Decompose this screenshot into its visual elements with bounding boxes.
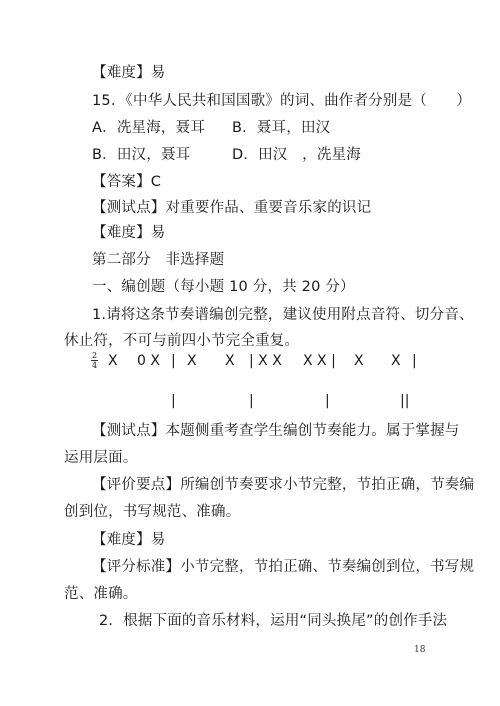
rhythm-symbol: X — [108, 353, 118, 369]
time-signature: 2 4 — [91, 352, 98, 370]
option-d: D．田汉 ，冼星海 — [232, 146, 361, 164]
rhythm-symbol: X X | — [303, 353, 336, 369]
difficulty: 【难度】易 — [92, 224, 166, 242]
rhythm-symbol: | — [325, 393, 330, 409]
time-sig-denominator: 4 — [91, 361, 98, 370]
rhythm-symbol: | — [412, 353, 417, 369]
rhythm-symbol: || — [400, 393, 409, 409]
rhythm-symbol: X — [225, 353, 235, 369]
rhythm-symbol: | — [249, 393, 254, 409]
part-two-title: 第二部分 非选择题 — [92, 251, 224, 269]
rhythm-symbol: X — [391, 353, 401, 369]
answer: 【答案】C — [92, 173, 161, 191]
q1-scoring-line2: 范、准确。 — [64, 585, 138, 603]
rhythm-symbol: X — [187, 353, 197, 369]
section-heading: 一、编创题（每小题 10 分，共 20 分） — [92, 278, 355, 296]
rhythm-symbol: X — [354, 353, 364, 369]
page-number: 18 — [414, 645, 425, 655]
q1-scoring-line1: 【评分标准】小节完整，节拍正确、节奏编创到位，书写规 — [92, 558, 474, 576]
q1-key-points-line1: 【评价要点】所编创节奏要求小节完整，节拍正确，节奏编 — [92, 476, 474, 494]
rhythm-symbol: | X X — [249, 353, 282, 369]
rhythm-symbol: 0 X — [137, 353, 160, 369]
time-sig-numerator: 2 — [91, 352, 98, 361]
q1-key-points-line2: 创到位，书写规范、准确。 — [64, 503, 240, 521]
rhythm-symbol: | — [171, 353, 176, 369]
option-a: A．冼星海，聂耳 — [92, 119, 205, 137]
test-point: 【测试点】对重要作品、重要音乐家的识记 — [92, 199, 371, 217]
q1-test-point-line2: 运用层面。 — [64, 449, 138, 467]
q1-text-line1: 1.请将这条节奏谱编创完整，建议使用附点音符、切分音、 — [92, 306, 474, 324]
rhythm-symbol: | — [171, 393, 176, 409]
q2-text-line1: 2．根据下面的音乐材料，运用“同头换尾”的创作手法 — [99, 612, 447, 630]
option-c: B．田汉，聂耳 — [92, 146, 190, 164]
difficulty-label: 【难度】易 — [92, 64, 166, 82]
option-b: B．聂耳，田汉 — [232, 119, 330, 137]
q1-test-point-line1: 【测试点】本题侧重考查学生编创节奏能力。属于掌握与 — [92, 422, 460, 440]
q1-difficulty: 【难度】易 — [92, 531, 166, 549]
question-15: 15．《中华人民共和国国歌》的词、曲作者分别是（ ） — [92, 92, 471, 110]
q1-text-line2: 休止符，不可与前四小节完全重复。 — [64, 332, 299, 350]
